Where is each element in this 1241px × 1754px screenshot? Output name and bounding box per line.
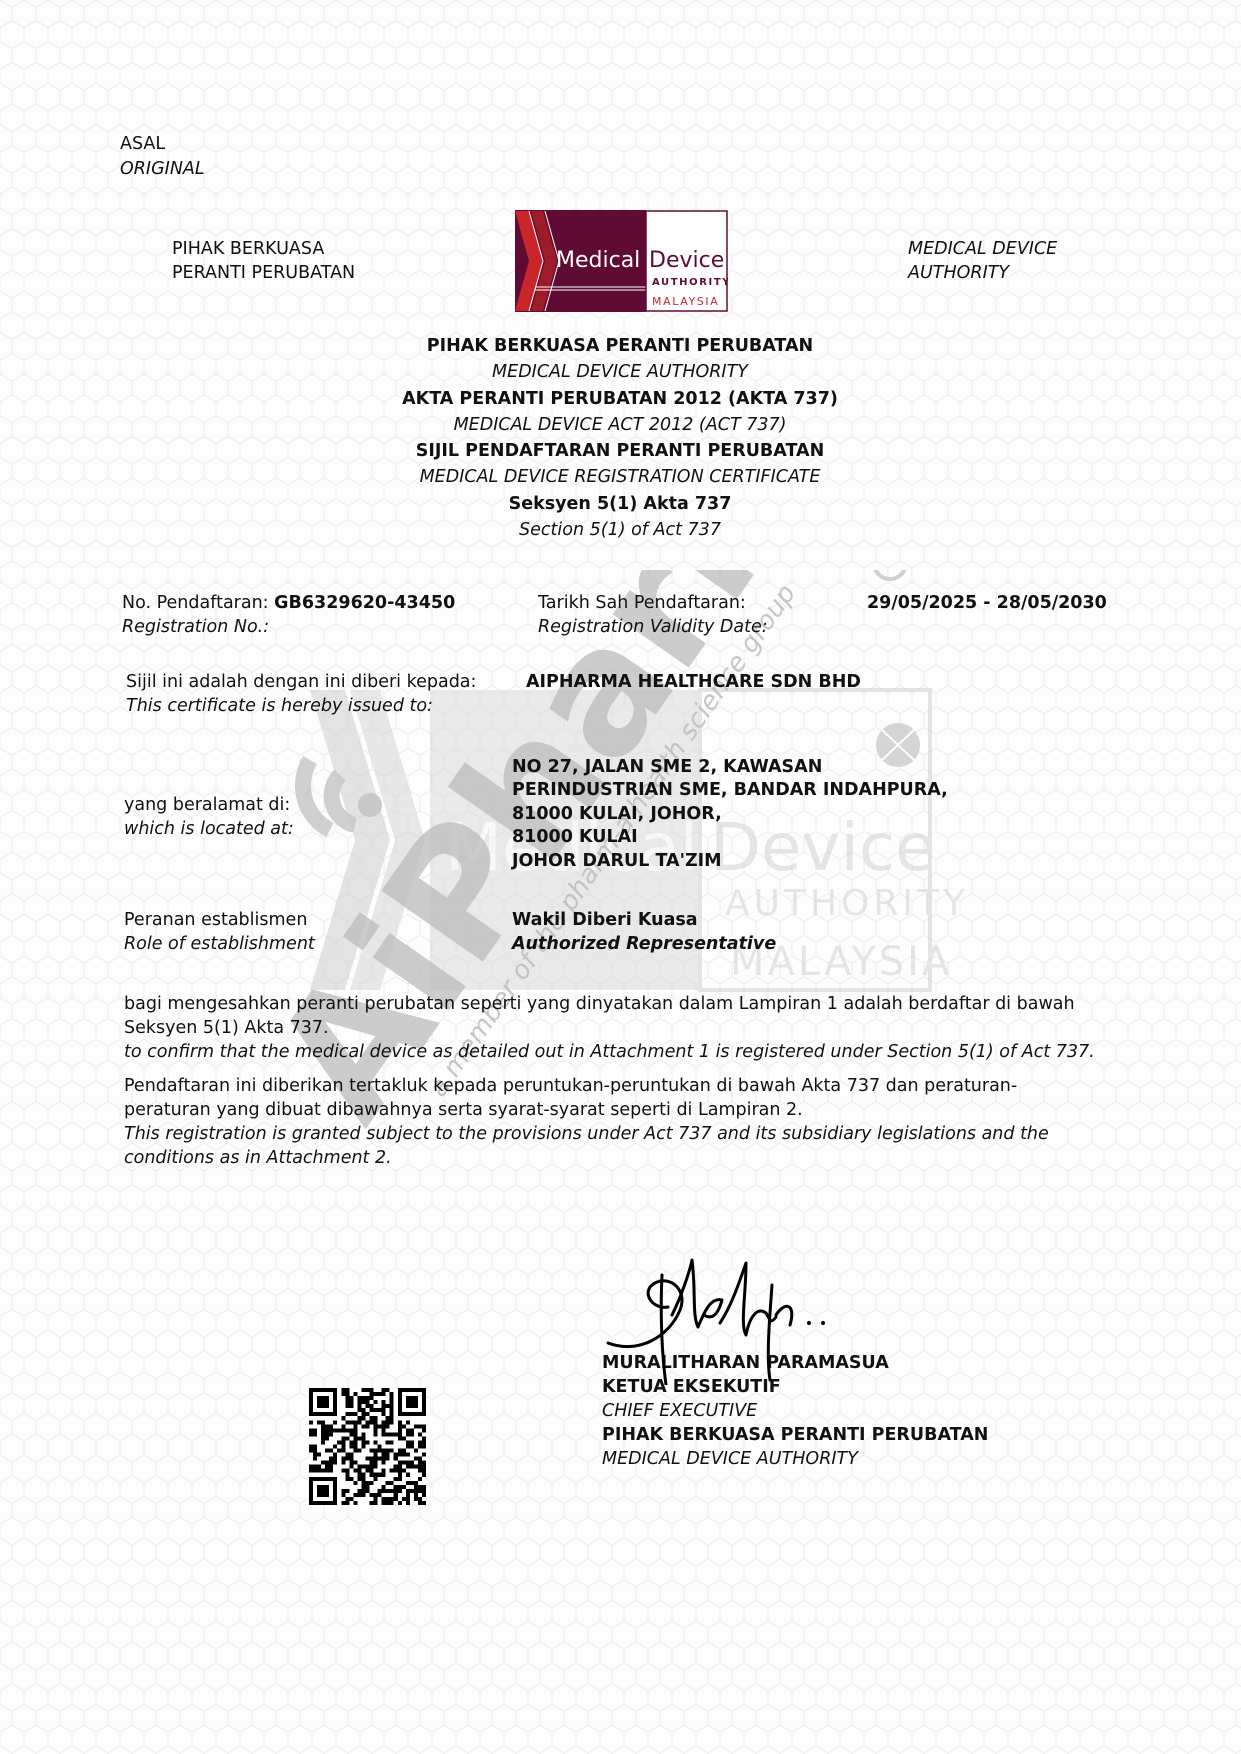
- title-line-authority-en: MEDICAL DEVICE AUTHORITY: [300, 359, 940, 385]
- svg-text:Medical: Medical: [556, 248, 640, 273]
- subject-statement: Pendaftaran ini diberikan tertakluk kepa…: [124, 1074, 1124, 1170]
- address-line: 81000 KULAI, JOHOR,: [512, 803, 948, 826]
- role-value-ms: Wakil Diberi Kuasa: [512, 908, 698, 932]
- title-block: PIHAK BERKUASA PERANTI PERUBATAN MEDICAL…: [300, 333, 940, 543]
- header-right-line1: MEDICAL DEVICE: [908, 237, 1057, 261]
- svg-text:MALAYSIA: MALAYSIA: [652, 295, 719, 308]
- title-line-certificate-ms: SIJIL PENDAFTARAN PERANTI PERUBATAN: [300, 438, 940, 464]
- role-value-en: Authorized Representative: [512, 932, 776, 956]
- issued-to-value: AIPHARMA HEALTHCARE SDN BHD: [526, 670, 861, 694]
- signature-image: [600, 1255, 840, 1385]
- header-left-line2: PERANTI PERUBATAN: [172, 261, 355, 285]
- signatory-org-en: MEDICAL DEVICE AUTHORITY: [602, 1447, 858, 1471]
- header-right-line2: AUTHORITY: [908, 261, 1009, 285]
- qr-code-icon[interactable]: [309, 1388, 426, 1505]
- role-label-en: Role of establishment: [124, 932, 315, 956]
- validity-value: 29/05/2025 - 28/05/2030: [867, 591, 1107, 615]
- address-line: JOHOR DARUL TA'ZIM: [512, 850, 948, 873]
- title-line-section-ms: Seksyen 5(1) Akta 737: [300, 491, 940, 517]
- svg-text:Device: Device: [649, 248, 724, 273]
- registration-no-label-ms: No. Pendaftaran: GB6329620-43450: [122, 591, 455, 615]
- confirmation-statement: bagi mengesahkan peranti perubatan seper…: [124, 992, 1124, 1064]
- validity-label-en: Registration Validity Date:: [538, 615, 768, 639]
- validity-label-ms: Tarikh Sah Pendaftaran:: [538, 591, 746, 615]
- header-left-line1: PIHAK BERKUASA: [172, 237, 324, 261]
- role-label-ms: Peranan establismen: [124, 908, 307, 932]
- title-line-section-en: Section 5(1) of Act 737: [300, 517, 940, 543]
- address-block: NO 27, JALAN SME 2, KAWASAN PERINDUSTRIA…: [512, 756, 948, 873]
- signatory-org-ms: PIHAK BERKUASA PERANTI PERUBATAN: [602, 1423, 988, 1447]
- address-label-ms: yang beralamat di:: [124, 793, 290, 817]
- title-line-act-ms: AKTA PERANTI PERUBATAN 2012 (AKTA 737): [300, 386, 940, 412]
- issued-to-label-en: This certificate is hereby issued to:: [126, 694, 433, 718]
- registration-no-value: GB6329620-43450: [274, 593, 455, 613]
- title-line-authority-ms: PIHAK BERKUASA PERANTI PERUBATAN: [300, 333, 940, 359]
- issued-to-label-ms: Sijil ini adalah dengan ini diberi kepad…: [126, 670, 476, 694]
- svg-text:AUTHORITY: AUTHORITY: [652, 277, 728, 288]
- address-line: NO 27, JALAN SME 2, KAWASAN: [512, 756, 948, 779]
- registration-no-label-en: Registration No.:: [122, 615, 269, 639]
- copy-type-en: ORIGINAL: [120, 157, 205, 181]
- signatory-title-en: CHIEF EXECUTIVE: [602, 1399, 757, 1423]
- address-line: 81000 KULAI: [512, 826, 948, 849]
- title-line-act-en: MEDICAL DEVICE ACT 2012 (ACT 737): [300, 412, 940, 438]
- title-line-certificate-en: MEDICAL DEVICE REGISTRATION CERTIFICATE: [300, 464, 940, 490]
- mda-logo: Medical Device AUTHORITY MALAYSIA: [515, 210, 728, 312]
- address-line: PERINDUSTRIAN SME, BANDAR INDAHPURA,: [512, 779, 948, 802]
- copy-type-ms: ASAL: [120, 132, 165, 156]
- address-label-en: which is located at:: [124, 817, 294, 841]
